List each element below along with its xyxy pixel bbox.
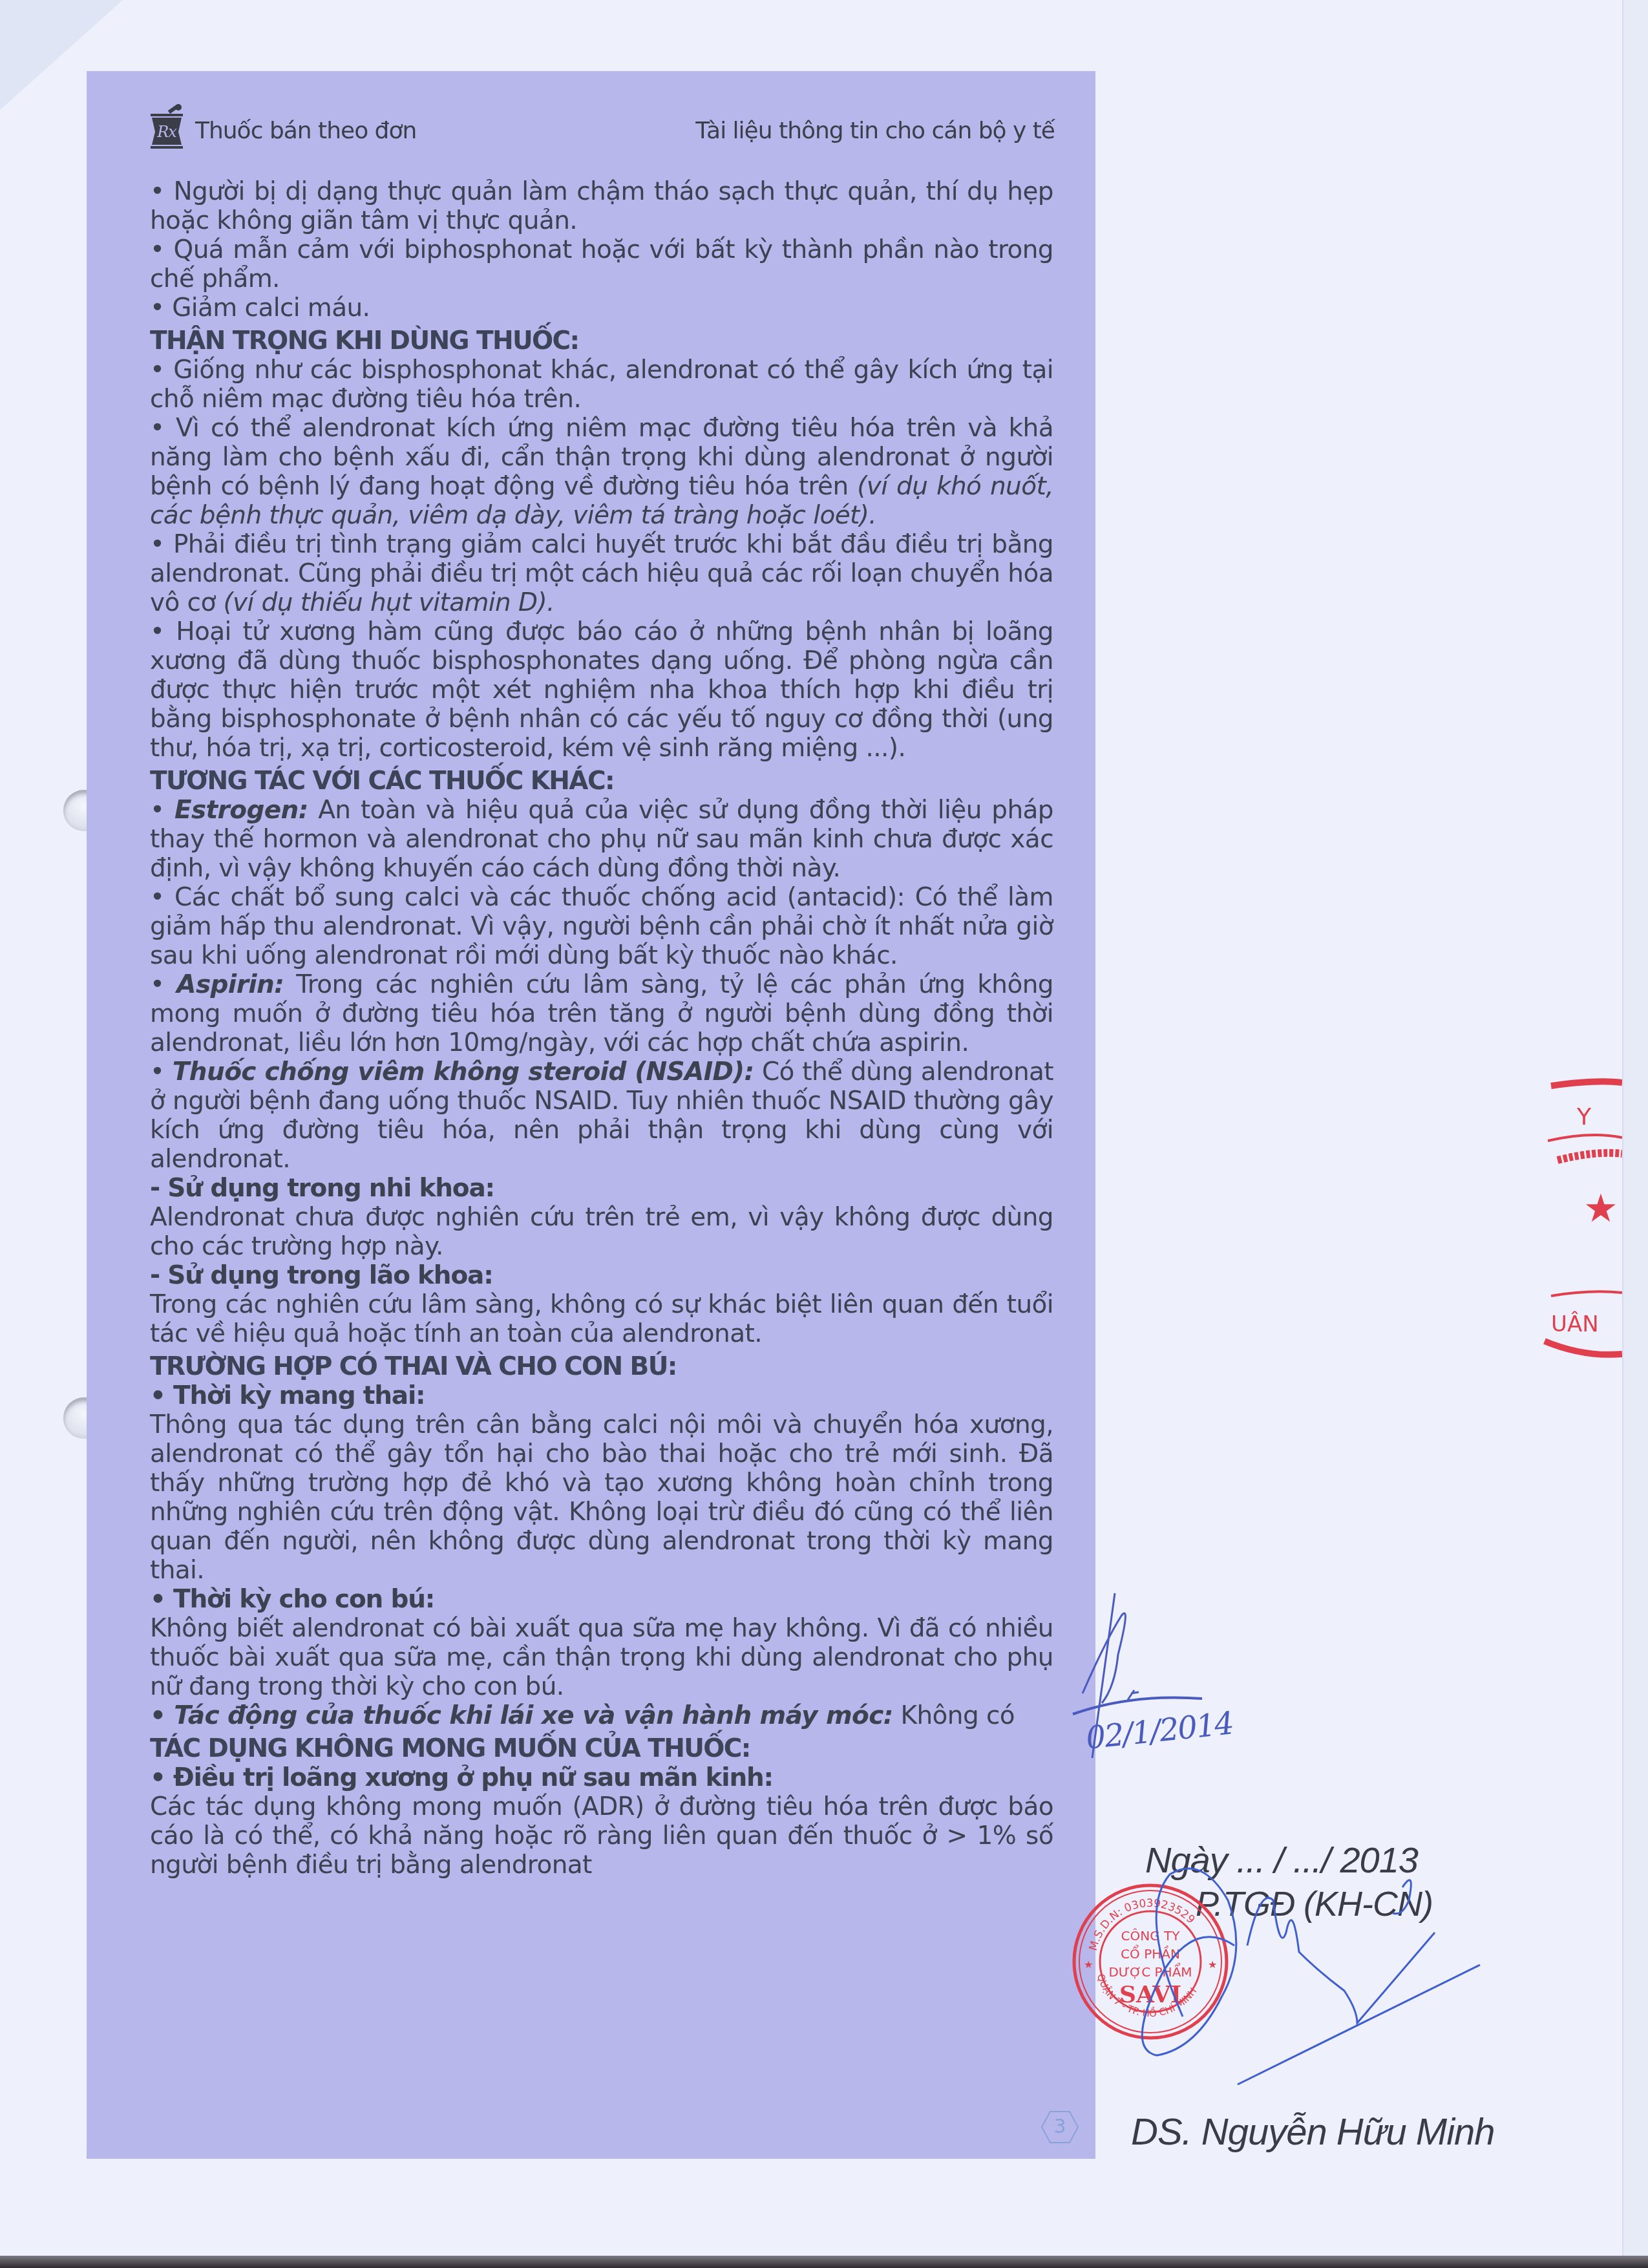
interaction-item: • Estrogen: An toàn và hiệu quả của việc…	[150, 796, 1053, 883]
page-header: Rx Thuốc bán theo đơn Tài liệu thông tin…	[150, 115, 1055, 154]
geriatric-text: Trong các nghiên cứu lâm sàng, không có …	[150, 1290, 1053, 1348]
director-signature	[1099, 1861, 1642, 2133]
prescription-label: Thuốc bán theo đơn	[195, 118, 416, 144]
precaution-example: (ví dụ thiếu hụt vitamin D).	[223, 588, 554, 617]
svg-text:★: ★	[1583, 1186, 1618, 1231]
svg-text:★: ★	[1084, 1958, 1093, 1971]
audience-label: Tài liệu thông tin cho cán bộ y tế	[695, 118, 1055, 144]
subheading-pediatric: - Sử dụng trong nhi khoa:	[150, 1174, 1053, 1203]
interaction-lead: Aspirin:	[176, 970, 284, 999]
interaction-item: • Thuốc chống viêm không steroid (NSAID)…	[150, 1057, 1053, 1174]
pregnancy-text: Thông qua tác dụng trên cân bằng calci n…	[150, 1410, 1053, 1585]
page-number: 3	[1053, 2115, 1066, 2138]
interaction-lead: Estrogen:	[174, 796, 308, 825]
precaution-item: • Phải điều trị tình trạng giảm calci hu…	[150, 530, 1053, 617]
leaflet-body: • Người bị dị dạng thực quản làm chậm th…	[150, 177, 1053, 1880]
section-heading-pregnancy: TRƯỜNG HỢP CÓ THAI VÀ CHO CON BÚ:	[150, 1352, 1053, 1381]
subheading-lactation: • Thời kỳ cho con bú:	[150, 1585, 1053, 1614]
section-heading-precautions: THẬN TRỌNG KHI DÙNG THUỐC:	[150, 326, 1053, 355]
interaction-text: Các chất bổ sung calci và các thuốc chốn…	[150, 883, 1053, 970]
interaction-text: Trong các nghiên cứu lâm sàng, tỷ lệ các…	[150, 970, 1053, 1057]
section-heading-interactions: TƯƠNG TÁC VỚI CÁC THUỐC KHÁC:	[150, 767, 1053, 796]
adverse-effects-text: Các tác dụng không mong muốn (ADR) ở đườ…	[150, 1792, 1053, 1880]
interaction-item: • Các chất bổ sung calci và các thuốc ch…	[150, 883, 1053, 970]
contraindication-item: • Người bị dị dạng thực quản làm chậm th…	[150, 177, 1053, 235]
svg-text:Y: Y	[1576, 1104, 1592, 1130]
subheading-pregnancy: • Thời kỳ mang thai:	[150, 1381, 1053, 1410]
driving-lead: • Tác động của thuốc khi lái xe và vận h…	[150, 1701, 893, 1730]
interaction-item: • Aspirin: Trong các nghiên cứu lâm sàng…	[150, 970, 1053, 1057]
lactation-text: Không biết alendronat có bài xuất qua sữ…	[150, 1614, 1053, 1701]
svg-text:UÂN: UÂN	[1551, 1311, 1599, 1337]
interaction-lead: Thuốc chống viêm không steroid (NSAID):	[173, 1057, 754, 1086]
driving-item: • Tác động của thuốc khi lái xe và vận h…	[150, 1701, 1053, 1730]
section-heading-adverse-effects: TÁC DỤNG KHÔNG MONG MUỐN CỦA THUỐC:	[150, 1734, 1053, 1763]
scanner-edge	[0, 2256, 1648, 2268]
precaution-item: • Vì có thể alendronat kích ứng niêm mạc…	[150, 414, 1053, 530]
pediatric-text: Alendronat chưa được nghiên cứu trên trẻ…	[150, 1203, 1053, 1261]
subheading-osteoporosis: • Điều trị loãng xương ở phụ nữ sau mãn …	[150, 1763, 1053, 1792]
rx-mortar-icon: Rx	[150, 103, 184, 150]
handwritten-signature	[1066, 1564, 1325, 1797]
precaution-item: • Giống như các bisphosphonat khác, alen…	[150, 355, 1053, 414]
subheading-geriatric: - Sử dụng trong lão khoa:	[150, 1261, 1053, 1290]
precaution-item: • Hoại tử xương hàm cũng được báo cáo ở …	[150, 617, 1053, 763]
contraindication-item: • Quá mẫn cảm với biphosphonat hoặc với …	[150, 235, 1053, 293]
page-number-badge: 3	[1041, 2110, 1079, 2144]
svg-text:Rx: Rx	[156, 123, 177, 141]
contraindication-item: • Giảm calci máu.	[150, 293, 1053, 323]
driving-text: Không có	[893, 1701, 1015, 1730]
partial-stamp: Y ★ UÂN	[1538, 1076, 1622, 1361]
